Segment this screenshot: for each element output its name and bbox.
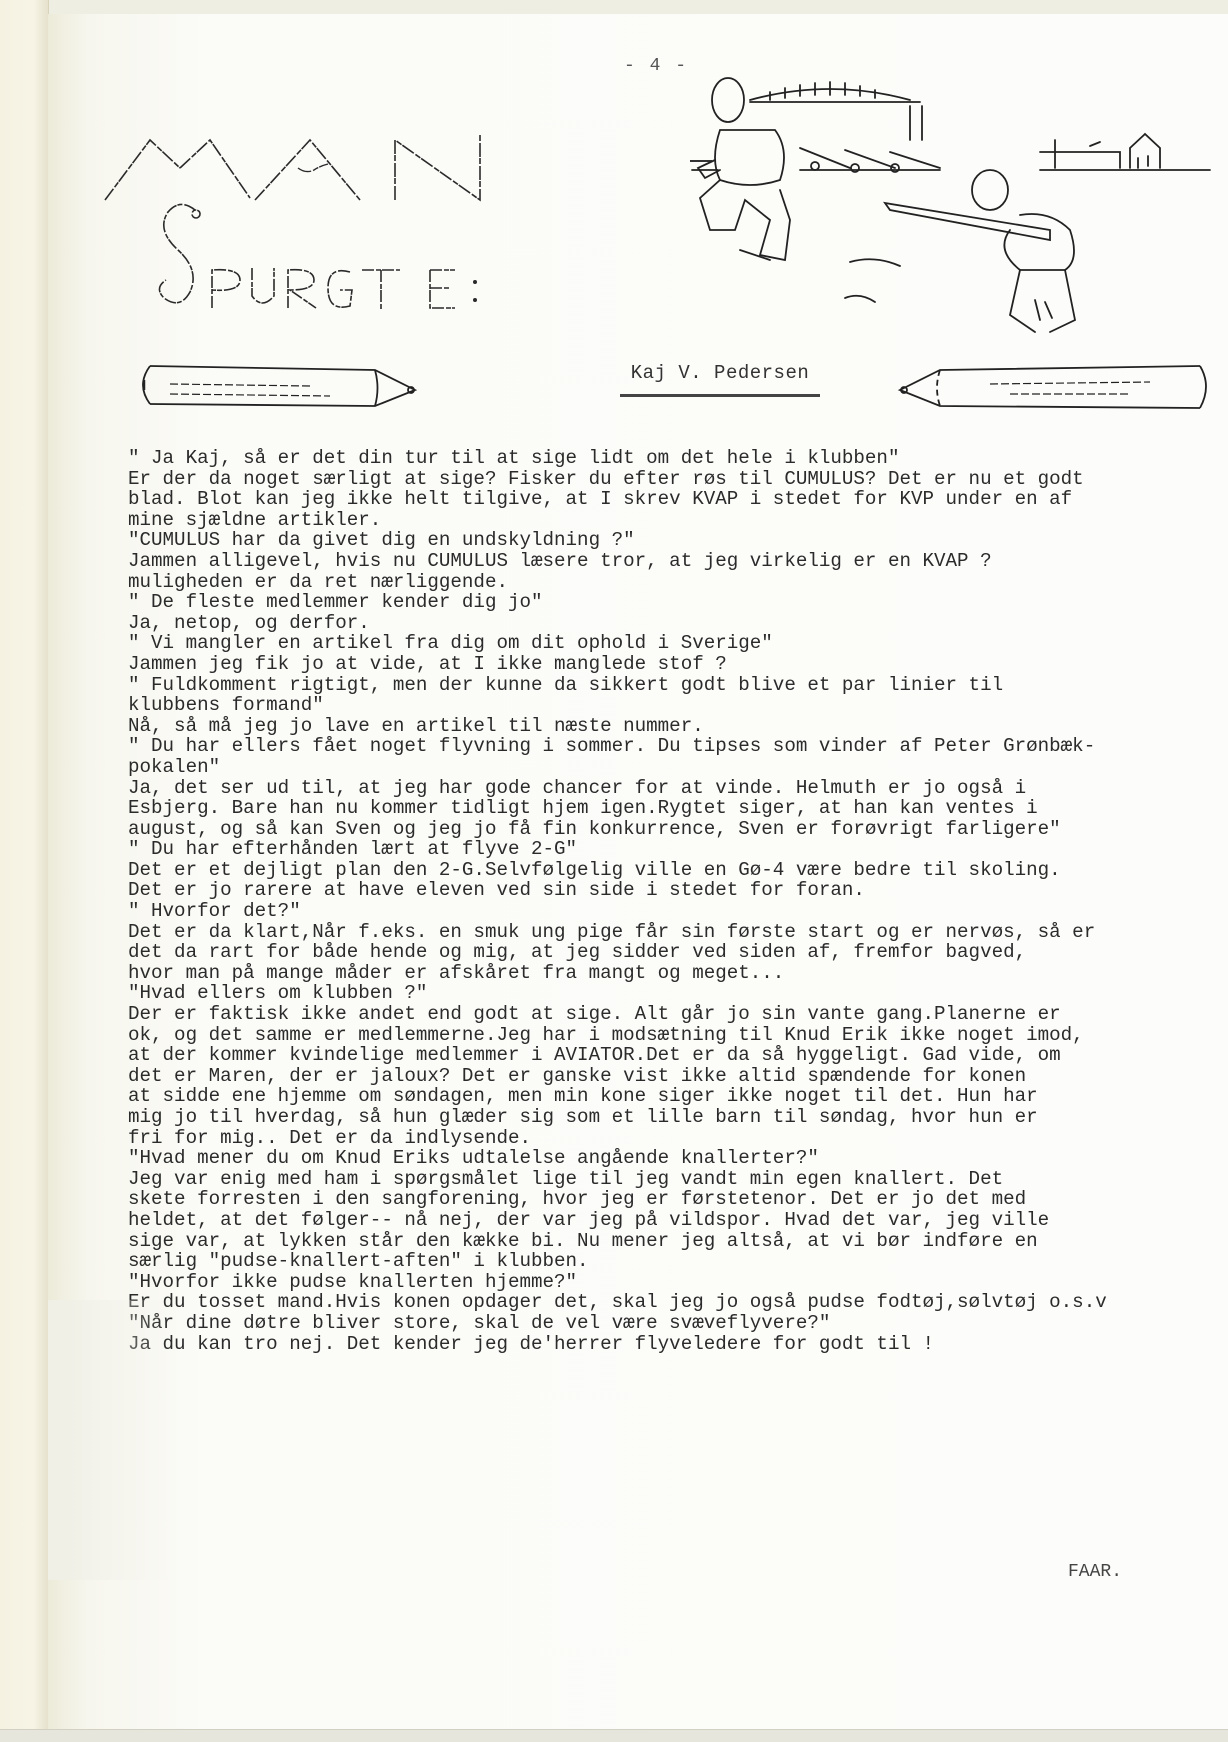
- text-line: " Du har ellers fået noget flyvning i so…: [128, 736, 1218, 757]
- text-line: Jeg var enig med ham i spørgsmålet lige …: [128, 1169, 1218, 1190]
- pencil-right-icon: [860, 360, 1220, 420]
- text-line: ok, og det samme er medlemmerne.Jeg har …: [128, 1025, 1218, 1046]
- article-title: [100, 120, 680, 310]
- text-line: "Hvad ellers om klubben ?": [128, 983, 1218, 1004]
- text-line: "Hvad mener du om Knud Eriks udtalelse a…: [128, 1148, 1218, 1169]
- text-line: Ja, det ser ud til, at jeg har gode chan…: [128, 778, 1218, 799]
- article-body: " Ja Kaj, så er det din tur til at sige …: [128, 448, 1218, 1354]
- text-line: " De fleste medlemmer kender dig jo": [128, 592, 1218, 613]
- text-line: " Vi mangler en artikel fra dig om dit o…: [128, 633, 1218, 654]
- man-head: [712, 78, 744, 122]
- text-line: Esbjerg. Bare han nu kommer tidligt hjem…: [128, 798, 1218, 819]
- text-line: "Når dine døtre bliver store, skal de ve…: [128, 1313, 1218, 1334]
- text-line: fri for mig.. Det er da indlysende.: [128, 1128, 1218, 1149]
- text-line: " Fuldkomment rigtigt, men der kunne da …: [128, 675, 1218, 696]
- text-line: skete forresten i den sangforening, hvor…: [128, 1189, 1218, 1210]
- text-line: "CUMULUS har da givet dig en undskyldnin…: [128, 530, 1218, 551]
- text-line: mine sjældne artikler.: [128, 510, 1218, 531]
- text-line: sige var, at lykken står den kække bi. N…: [128, 1231, 1218, 1252]
- signature: FAAR.: [1068, 1562, 1122, 1582]
- text-line: Nå, så må jeg jo lave en artikel til næs…: [128, 716, 1218, 737]
- text-line: Det er et dejligt plan den 2-G.Selvfølge…: [128, 860, 1218, 881]
- text-line: det da rart for både hende og mig, at je…: [128, 942, 1218, 963]
- title-letter-n: [395, 135, 480, 200]
- text-line: "Hvorfor ikke pudse knallerten hjemme?": [128, 1272, 1218, 1293]
- text-line: " Ja Kaj, så er det din tur til at sige …: [128, 448, 1218, 469]
- text-line: at sidde ene hjemme om søndagen, men min…: [128, 1086, 1218, 1107]
- text-line: mig jo til hverdag, så hun glæder sig so…: [128, 1107, 1218, 1128]
- text-line: at der kommer kvindelige medlemmer i AVI…: [128, 1045, 1218, 1066]
- man-head-2: [972, 170, 1008, 210]
- text-line: Jammen jeg fik jo at vide, at I ikke man…: [128, 654, 1218, 675]
- author-name: Kaj V. Pedersen: [620, 362, 820, 397]
- text-line: Det er da klart,Når f.eks. en smuk ung p…: [128, 922, 1218, 943]
- text-line: Der er faktisk ikke andet end godt at si…: [128, 1004, 1218, 1025]
- text-line: Jammen alligevel, hvis nu CUMULUS læsere…: [128, 551, 1218, 572]
- text-line: august, og så kan Sven og jeg jo få fin …: [128, 819, 1218, 840]
- scan-top-edge: [0, 0, 1228, 15]
- text-line: heldet, at det følger-- nå nej, der var …: [128, 1210, 1218, 1231]
- text-line: Ja, netop, og derfor.: [128, 613, 1218, 634]
- text-line: det er Maren, der er jaloux? Det er gans…: [128, 1066, 1218, 1087]
- text-line: klubbens formand": [128, 695, 1218, 716]
- scan-bottom-edge: [0, 1729, 1228, 1742]
- text-line: hvor man på mange måder er afskåret fra …: [128, 963, 1218, 984]
- title-letter-a: [255, 140, 360, 200]
- text-line: særlig "pudse-knallert-aften" i klubben.: [128, 1251, 1218, 1272]
- binding-edge: [0, 0, 49, 1742]
- title-letter-s: [159, 204, 195, 302]
- pencil-left-icon: [130, 360, 440, 420]
- text-line: pokalen": [128, 757, 1218, 778]
- cartoon-illustration: [690, 70, 1220, 340]
- rifle: [885, 203, 1050, 240]
- text-line: Er der da noget særligt at sige? Fisker …: [128, 469, 1218, 490]
- text-line: " Hvorfor det?": [128, 901, 1218, 922]
- text-line: blad. Blot kan jeg ikke helt tilgive, at…: [128, 489, 1218, 510]
- byline: Kaj V. Pedersen: [120, 360, 1220, 420]
- text-line: Ja du kan tro nej. Det kender jeg de'her…: [128, 1334, 1218, 1355]
- text-line: Det er jo rarere at have eleven ved sin …: [128, 880, 1218, 901]
- text-line: " Du har efterhånden lært at flyve 2-G": [128, 839, 1218, 860]
- text-line: Er du tosset mand.Hvis konen opdager det…: [128, 1292, 1218, 1313]
- text-line: muligheden er da ret nærliggende.: [128, 572, 1218, 593]
- title-letter-m: [105, 140, 180, 200]
- page-number: - 4 -: [624, 56, 688, 76]
